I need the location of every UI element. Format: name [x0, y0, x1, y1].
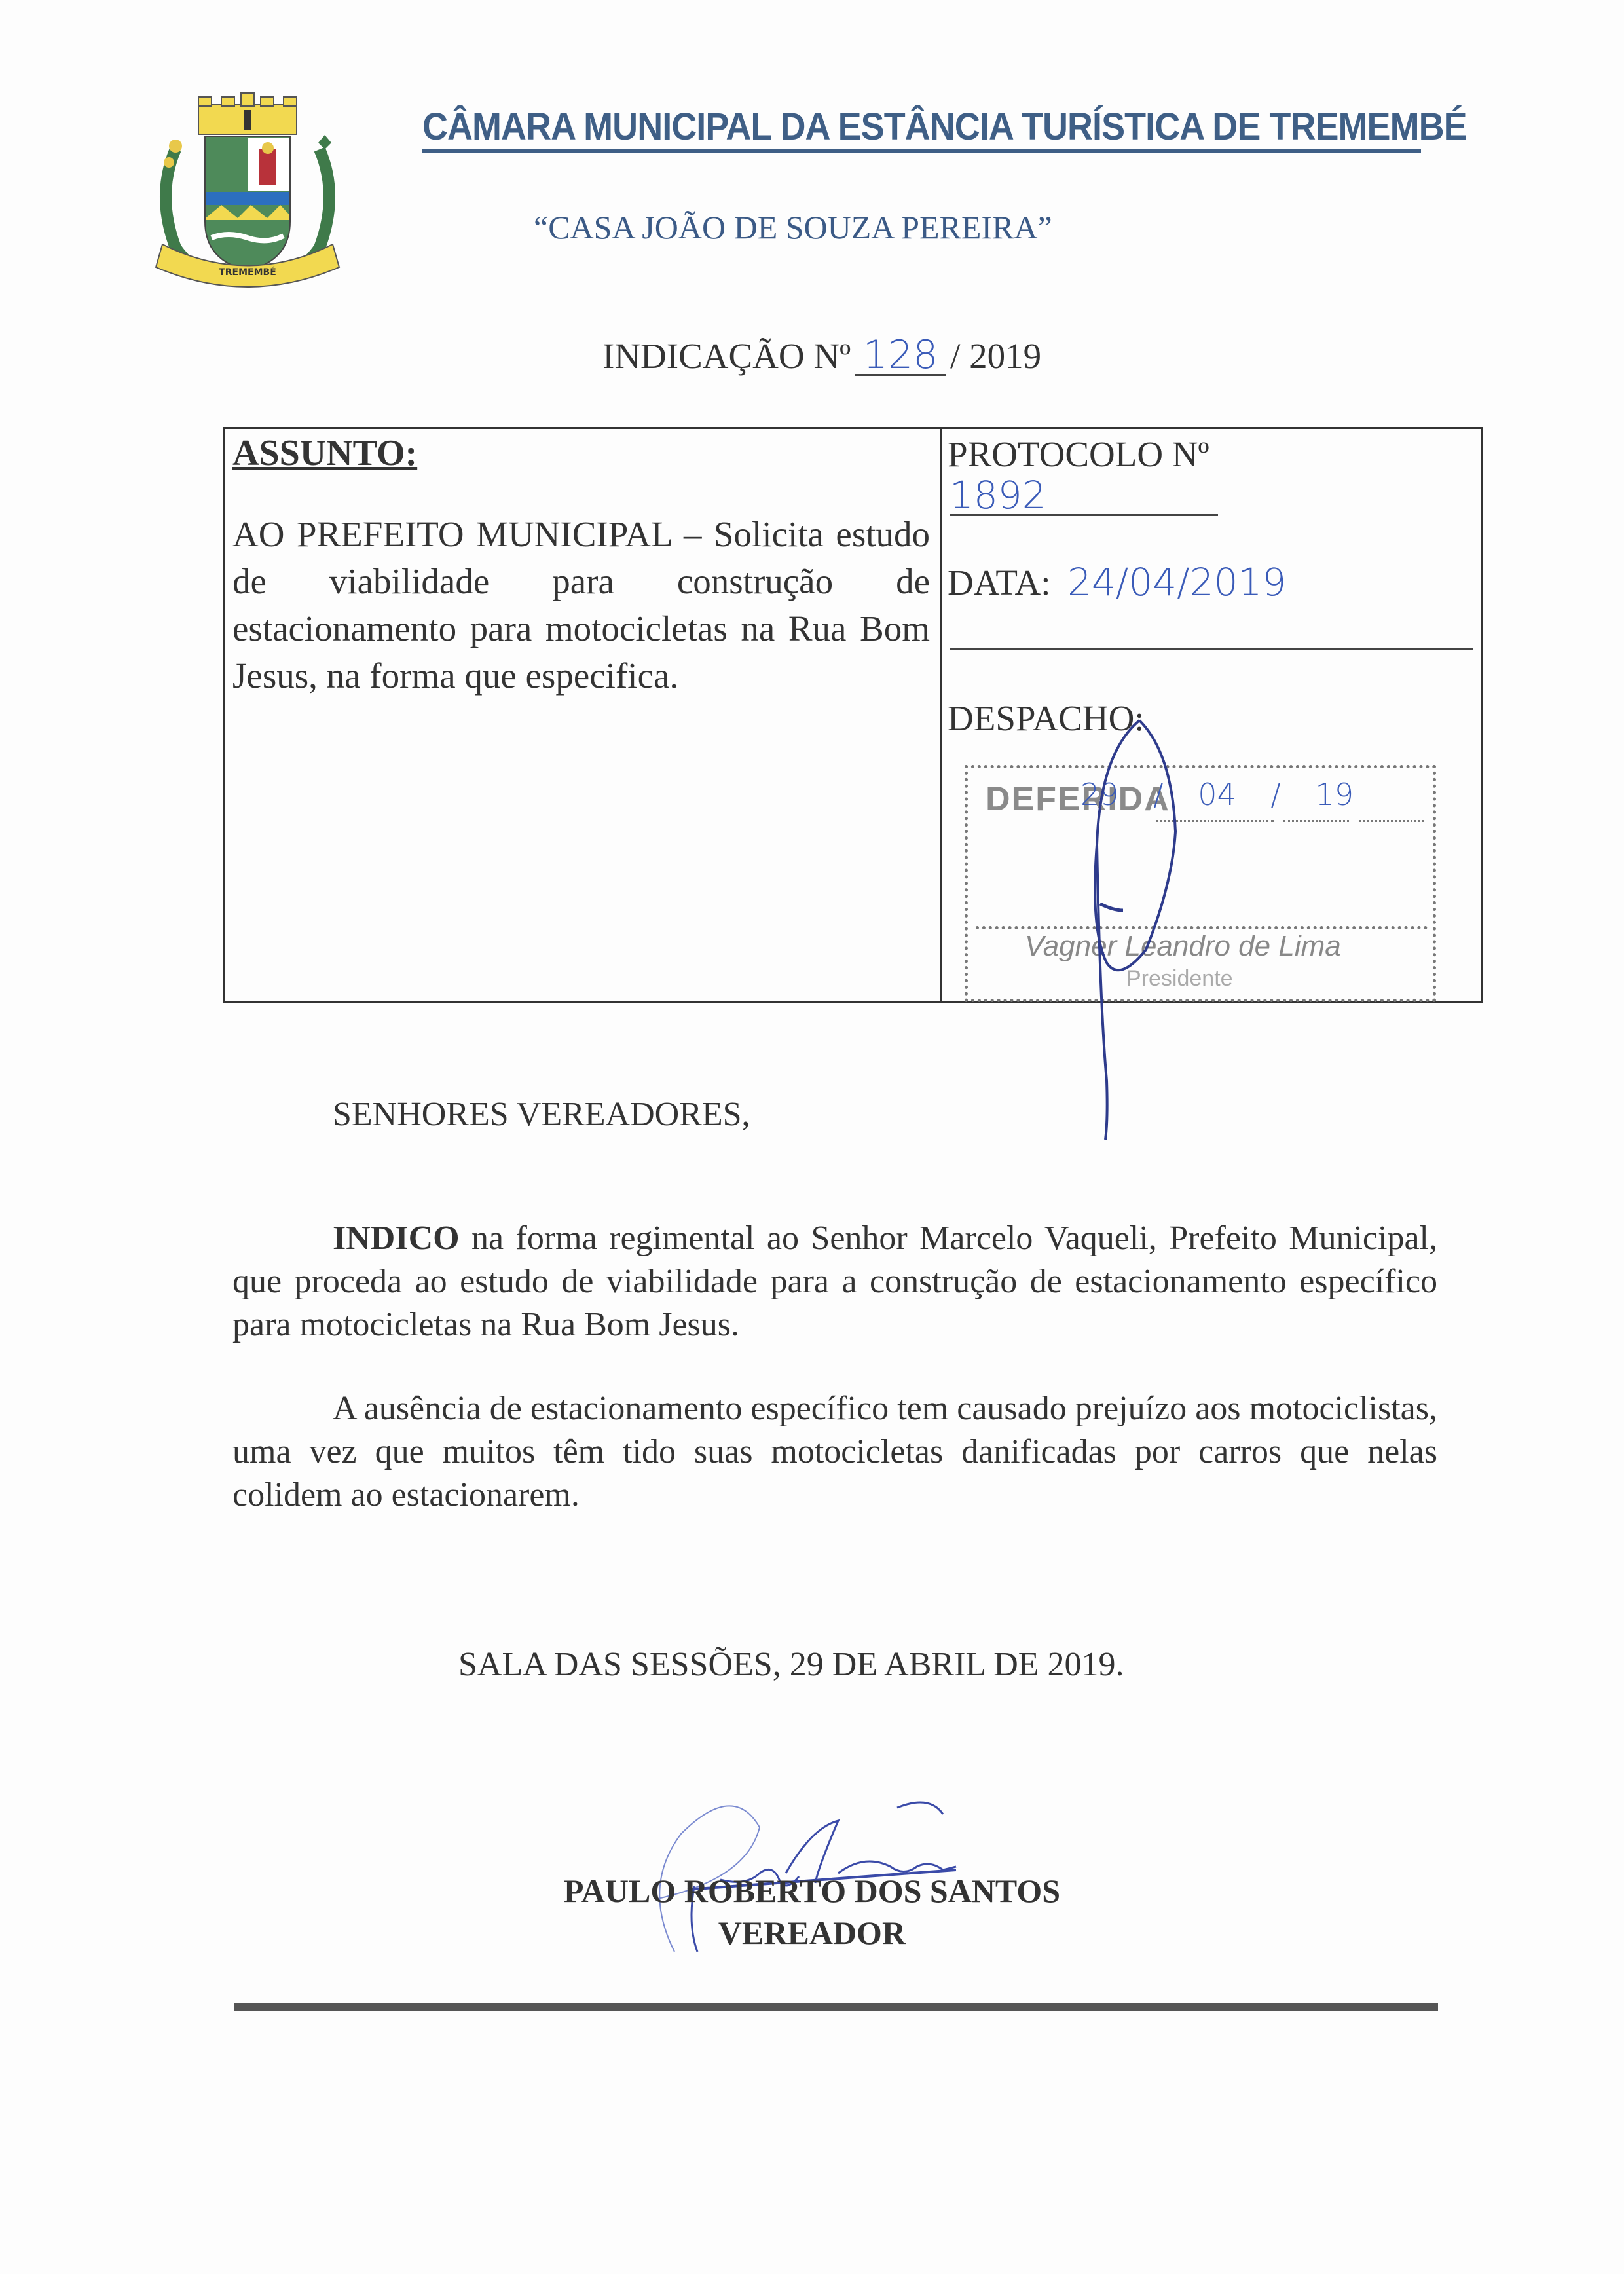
data-value-handwritten: 24/04/2019 — [1067, 560, 1286, 605]
document-number-handwritten: 128 — [855, 336, 946, 376]
handwritten-initial-mark-icon — [1061, 714, 1192, 1146]
indico-lead: INDICO — [333, 1220, 460, 1257]
footer-rule — [234, 2003, 1438, 2011]
assunto-text: AO PREFEITO MUNICIPAL – Solicita estudo … — [232, 511, 930, 699]
stamp-month-blank — [1283, 820, 1349, 824]
stamp-signature-line — [976, 926, 1428, 929]
document-number-line: INDICAÇÃO Nº128/ 2019 — [602, 335, 1041, 377]
data-label: DATA: — [948, 562, 1051, 603]
closing-line: SALA DAS SESSÕES, 29 DE ABRIL DE 2019. — [458, 1645, 1124, 1684]
house-name: “CASA JOÃO DE SOUZA PEREIRA” — [534, 208, 1052, 246]
protocolo-number-handwritten: 1892 — [950, 473, 1046, 517]
document-year: / 2019 — [950, 336, 1041, 376]
stamp-year-blank — [1359, 820, 1424, 824]
protocolo-underline — [950, 514, 1218, 516]
svg-text:TREMEMBÉ: TREMEMBÉ — [219, 267, 276, 278]
institution-title: CÂMARA MUNICIPAL DA ESTÂNCIA TURÍSTICA D… — [422, 105, 1348, 149]
protocolo-label: PROTOCOLO Nº — [948, 434, 1209, 475]
data-underline — [950, 648, 1473, 650]
body-paragraph-1: INDICO na forma regimental ao Senhor Mar… — [232, 1217, 1437, 1347]
municipal-coat-of-arms-icon: TREMEMBÉ — [149, 90, 346, 293]
salutation: SENHORES VEREADORES, — [333, 1095, 750, 1134]
assunto-label: ASSUNTO: — [232, 432, 417, 474]
title-underline — [422, 149, 1421, 153]
box-divider — [940, 427, 942, 1003]
signer-name: PAULO ROBERTO DOS SANTOS — [0, 1872, 1624, 1910]
document-type-label: INDICAÇÃO Nº — [602, 336, 851, 376]
body-paragraph-2: A ausência de estacionamento específico … — [232, 1387, 1437, 1517]
signer-role: VEREADOR — [0, 1914, 1624, 1952]
